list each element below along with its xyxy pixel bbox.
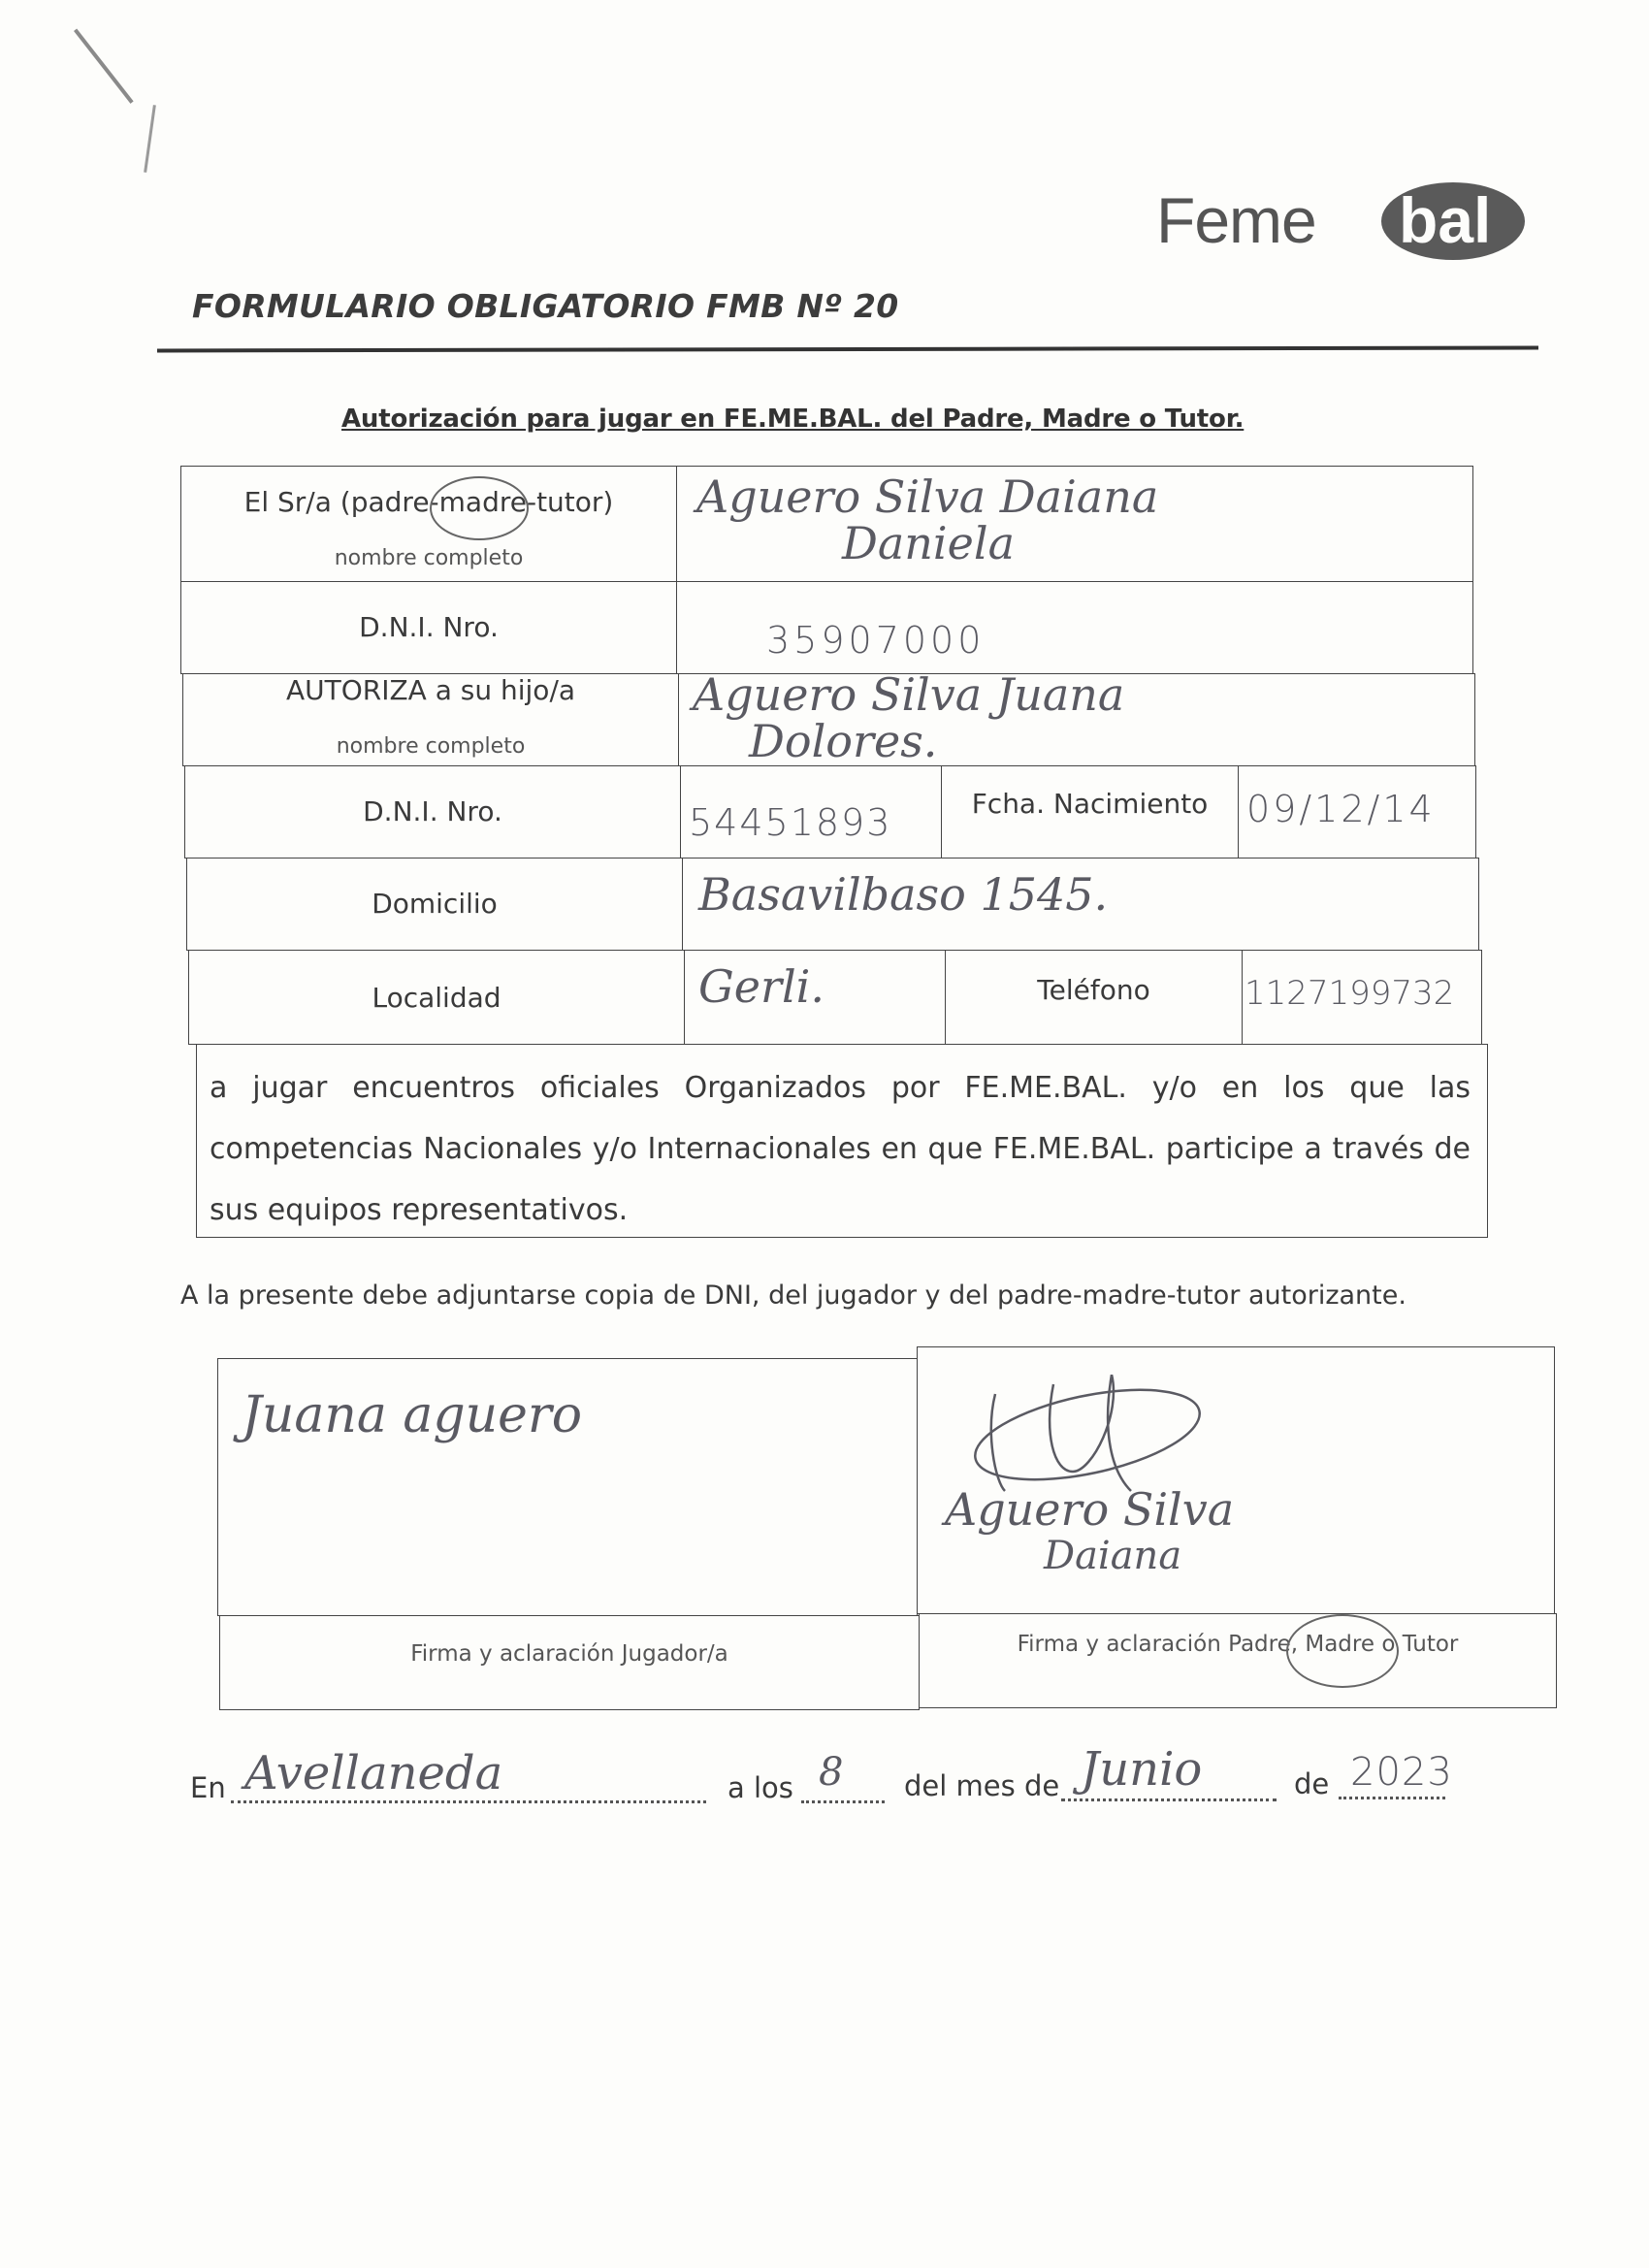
parent-name-label: El Sr/a (padre-madre-tutor) bbox=[181, 486, 676, 518]
parent-name-sublabel: nombre completo bbox=[181, 546, 676, 570]
femebal-logo: Feme bal bbox=[1156, 182, 1535, 260]
phone-label: Teléfono bbox=[946, 974, 1242, 1006]
parent-name-label-cell: El Sr/a (padre-madre-tutor) nombre compl… bbox=[180, 466, 677, 582]
phone-field[interactable]: 1127199732 bbox=[1242, 950, 1482, 1045]
child-dni-label-cell: D.N.I. Nro. bbox=[184, 765, 681, 859]
guardian-signature-label-cell: Firma y aclaración Padre, Madre o Tutor bbox=[919, 1613, 1557, 1708]
day-value[interactable]: 8 bbox=[819, 1750, 843, 1795]
locality-label: Localidad bbox=[189, 982, 684, 1014]
address-label: Domicilio bbox=[187, 888, 682, 920]
year-prefix: de bbox=[1294, 1767, 1329, 1800]
circled-option-madre bbox=[430, 476, 529, 540]
place-dotted-line bbox=[231, 1800, 706, 1803]
circled-option-madre bbox=[1286, 1614, 1399, 1688]
parent-dni-label-cell: D.N.I. Nro. bbox=[180, 581, 677, 674]
phone-value: 1127199732 bbox=[1245, 974, 1454, 1013]
phone-label-cell: Teléfono bbox=[945, 950, 1243, 1045]
day-dotted-line bbox=[801, 1800, 885, 1803]
guardian-signature-field[interactable]: Aguero Silva Daiana bbox=[917, 1346, 1555, 1614]
child-name-field[interactable]: Aguero Silva Juana Dolores. bbox=[678, 673, 1475, 766]
staple-mark bbox=[144, 105, 156, 173]
guardian-signature-line2: Daiana bbox=[1044, 1534, 1181, 1578]
date-prefix: En bbox=[190, 1771, 226, 1804]
child-name-value-line2: Dolores. bbox=[749, 715, 937, 767]
day-prefix: a los bbox=[727, 1771, 793, 1804]
logo-text-dark: bal bbox=[1399, 188, 1491, 252]
address-label-cell: Domicilio bbox=[186, 858, 683, 951]
child-dni-value: 54451893 bbox=[689, 801, 891, 844]
player-signature-label-cell: Firma y aclaración Jugador/a bbox=[219, 1615, 920, 1710]
date-line: En Avellaneda a los 8 del mes de Junio d… bbox=[190, 1746, 1490, 1804]
month-prefix: del mes de bbox=[904, 1769, 1059, 1802]
locality-label-cell: Localidad bbox=[188, 950, 685, 1045]
month-value[interactable]: Junio bbox=[1081, 1742, 1202, 1797]
guardian-signature-label: Firma y aclaración Padre, Madre o Tutor bbox=[920, 1632, 1556, 1657]
parent-dni-field[interactable]: 35907000 bbox=[676, 581, 1473, 674]
birth-date-label-cell: Fcha. Nacimiento bbox=[941, 765, 1239, 859]
child-name-value-line1: Aguero Silva Juana bbox=[693, 668, 1124, 721]
player-signature-field[interactable]: Juana aguero bbox=[217, 1358, 918, 1616]
parent-name-value-line1: Aguero Silva Daiana bbox=[696, 470, 1158, 523]
player-signature: Juana aguero bbox=[242, 1386, 582, 1444]
child-name-label: AUTORIZA a su hijo/a bbox=[183, 674, 678, 706]
guardian-signature-line1: Aguero Silva bbox=[945, 1483, 1234, 1536]
birth-date-label: Fcha. Nacimiento bbox=[942, 788, 1238, 820]
child-dni-field[interactable]: 54451893 bbox=[680, 765, 942, 859]
birth-date-field[interactable]: 09/12/14 bbox=[1238, 765, 1476, 859]
guardian-signature-scribble bbox=[966, 1375, 1218, 1501]
parent-dni-value: 35907000 bbox=[766, 619, 985, 662]
parent-name-field[interactable]: Aguero Silva Daiana Daniela bbox=[676, 466, 1473, 582]
address-value: Basavilbaso 1545. bbox=[698, 868, 1108, 921]
year-dotted-line bbox=[1339, 1797, 1445, 1799]
place-value[interactable]: Avellaneda bbox=[244, 1746, 502, 1800]
child-name-sublabel: nombre completo bbox=[183, 734, 678, 759]
staple-mark bbox=[74, 29, 134, 104]
year-value[interactable]: 2023 bbox=[1350, 1750, 1453, 1795]
address-field[interactable]: Basavilbaso 1545. bbox=[682, 858, 1479, 951]
form-title: FORMULARIO OBLIGATORIO FMB Nº 20 bbox=[192, 287, 898, 325]
birth-date-value: 09/12/14 bbox=[1246, 788, 1436, 830]
child-dni-label: D.N.I. Nro. bbox=[185, 795, 680, 827]
player-signature-label: Firma y aclaración Jugador/a bbox=[220, 1641, 919, 1667]
authorization-text: a jugar encuentros oficiales Organizados… bbox=[210, 1057, 1471, 1241]
form-subtitle: Autorización para jugar en FE.ME.BAL. de… bbox=[341, 405, 1244, 434]
logo-text-light: Feme bbox=[1156, 188, 1316, 252]
locality-value: Gerli. bbox=[698, 960, 824, 1013]
parent-name-value-line2: Daniela bbox=[842, 517, 1015, 569]
attachment-note: A la presente debe adjuntarse copia de D… bbox=[180, 1280, 1406, 1311]
parent-dni-label: D.N.I. Nro. bbox=[181, 611, 676, 643]
locality-field[interactable]: Gerli. bbox=[684, 950, 946, 1045]
title-divider bbox=[157, 346, 1538, 353]
month-dotted-line bbox=[1061, 1798, 1277, 1801]
child-name-label-cell: AUTORIZA a su hijo/a nombre completo bbox=[182, 673, 679, 766]
